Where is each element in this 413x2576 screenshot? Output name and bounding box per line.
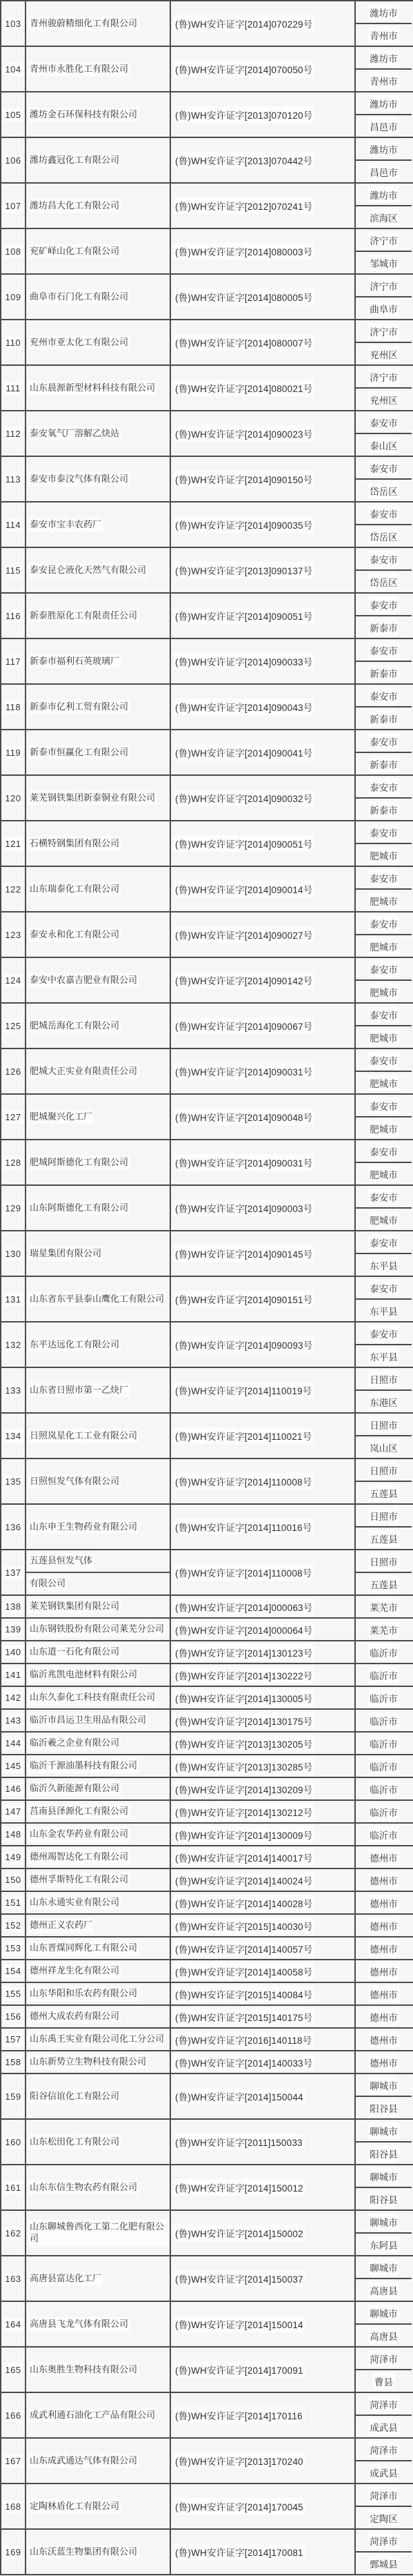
row-number-cell: 148 (1, 1824, 26, 1845)
city-county-cell: 岱岳区 (356, 480, 412, 501)
license-number: (鲁)WH安许证字[2014]090033号 (174, 654, 313, 669)
row-number: 153 (4, 1942, 21, 1954)
company-name: 临沂兆凯电池材料有限公司 (29, 1668, 138, 1681)
company-name-cell: 莱芜钢铁集团新泰铜业有限公司 (26, 776, 171, 820)
row-number: 109 (4, 291, 21, 303)
table-row: 138莱芜钢铁集团有限公司(鲁)WH安许证字[2014]000063号莱芜市 (1, 1596, 413, 1619)
row-number-cell: 149 (1, 1846, 26, 1868)
city-prefecture: 临沂市 (369, 1645, 399, 1660)
company-name: 泰安昆仑液化天然气有限公司 (29, 564, 147, 577)
city-county-cell: 东港区 (356, 1391, 412, 1412)
row-number-cell: 129 (1, 1186, 26, 1230)
city-prefecture: 菏泽市 (369, 2351, 399, 2366)
row-number: 130 (4, 1248, 21, 1260)
license-number: (鲁)WH安许证字[2014]150044 (174, 2089, 304, 2104)
city-prefecture-cell: 临沂市 (356, 1664, 412, 1686)
city-cell: 临沂市 (356, 1687, 412, 1708)
company-name-cell: 新泰胜原化工有限责任公司 (26, 594, 171, 638)
city-cell: 泰安市肥城市 (356, 1140, 412, 1184)
license-number-cell: (鲁)WH安许证字[2015]140084号 (171, 1983, 356, 2004)
license-number-cell: (鲁)WH安许证字[2014]090032号 (171, 776, 356, 820)
city-cell: 莱芜市 (356, 1619, 412, 1640)
table-row: 103青州骏蔚精细化工有限公司(鲁)WH安许证字[2014]070229号潍坊市… (1, 1, 413, 47)
row-number-cell: 160 (1, 2120, 26, 2164)
city-cell: 日照市东港区 (356, 1368, 412, 1412)
license-number: (鲁)WH安许证字[2014]140057号 (174, 1941, 313, 1956)
row-number: 106 (4, 155, 21, 166)
row-number: 159 (4, 2091, 21, 2102)
city-cell: 泰安市肥城市 (356, 1004, 412, 1048)
row-number-cell: 144 (1, 1733, 26, 1754)
company-name-cell: 山东省东平县泰山鹰化工有限公司 (26, 1277, 171, 1321)
license-number: (鲁)WH安许证字[2014]170045 (174, 2499, 304, 2514)
city-prefecture: 泰安市 (369, 597, 399, 612)
city-prefecture-cell: 济宁市 (356, 275, 412, 297)
company-name-cell: 兖州市亚太化工有限公司 (26, 320, 171, 364)
row-number-cell: 153 (1, 1938, 26, 1959)
table-row: 113泰安市泰汶气体有限公司(鲁)WH安许证字[2014]090150号泰安市岱… (1, 457, 413, 502)
company-name-cell: 德州竭智达化工有限公司 (26, 1846, 171, 1868)
city-prefecture: 泰安市 (369, 1053, 399, 1068)
city-cell: 泰安市泰山区 (356, 411, 412, 456)
city-prefecture: 日照市 (369, 1554, 399, 1569)
city-county-cell: 肥城市 (356, 1118, 412, 1139)
city-county: 五莲县 (369, 1531, 399, 1546)
city-prefecture-cell: 泰安市 (356, 502, 412, 525)
company-name-cell: 山东道一石化有限公司 (26, 1641, 171, 1663)
city-prefecture-cell: 济宁市 (356, 320, 412, 343)
license-number-cell: (鲁)WH安许证字[2016]140118号 (171, 2029, 356, 2050)
license-number: (鲁)WH安许证字[2015]140030号 (174, 1918, 313, 1933)
license-number-cell: (鲁)WH安许证字[2014]080021号 (171, 366, 356, 410)
city-prefecture-cell: 聊城市 (356, 2211, 412, 2234)
city-prefecture: 潍坊市 (369, 96, 399, 111)
row-number: 131 (4, 1294, 21, 1305)
city-county-cell: 高唐县 (356, 2279, 412, 2301)
license-number: (鲁)WH安许证字[2013]090137号 (174, 563, 313, 578)
company-name-cell: 山东成武通达气体有限公司 (26, 2439, 171, 2483)
license-number: (鲁)WH安许证字[2014]130212号 (174, 1804, 313, 1819)
table-row: 109曲阜市石门化工有限公司(鲁)WH安许证字[2014]080005号济宁市曲… (1, 275, 413, 320)
city-prefecture: 聊城市 (369, 2214, 399, 2229)
city-cell: 菏泽市鄄城县 (356, 2530, 412, 2574)
city-county-cell: 肥城市 (356, 981, 412, 1002)
city-county-cell: 岱岳区 (356, 525, 412, 547)
city-county: 昌邑市 (369, 119, 399, 134)
license-number-cell: (鲁)WH安许证字[2014]090048号 (171, 1095, 356, 1139)
city-prefecture: 莱芜市 (369, 1622, 399, 1637)
company-name-cell: 德州大成农药有限公司 (26, 2006, 171, 2027)
license-number-cell: (鲁)WH安许证字[2012]070241号 (171, 184, 356, 228)
license-number: (鲁)WH安许证字[2014]070050号 (174, 61, 313, 77)
city-county-cell: 肥城市 (356, 1072, 412, 1093)
row-number: 165 (4, 2364, 21, 2376)
row-number: 108 (4, 246, 21, 257)
company-name: 新泰胜原化工有限责任公司 (29, 609, 138, 623)
city-county-cell: 肥城市 (356, 890, 412, 911)
company-name: 潍坊昌大化工有限公司 (29, 199, 120, 213)
company-name-cell: 山东晋煤同辉化工有限公司 (26, 1938, 171, 1959)
table-row: 133山东省日照市第一乙炔厂(鲁)WH安许证字[2014]110019号日照市东… (1, 1368, 413, 1414)
city-prefecture: 日照市 (369, 1508, 399, 1523)
row-number: 168 (4, 2501, 21, 2512)
city-prefecture: 泰安市 (369, 825, 399, 840)
city-county: 肥城市 (369, 1075, 399, 1091)
city-cell: 菏泽市成武县 (356, 2439, 412, 2483)
row-number: 119 (5, 747, 21, 759)
city-cell: 潍坊市青州市 (356, 47, 412, 91)
city-prefecture-cell: 泰安市 (356, 1095, 412, 1118)
city-county: 肥城市 (369, 848, 399, 863)
city-prefecture: 泰安市 (369, 1007, 399, 1022)
city-county-cell: 兖州区 (356, 389, 412, 410)
city-county: 成武县 (369, 2419, 399, 2434)
table-row: 149德州竭智达化工有限公司(鲁)WH安许证字[2014]140017号德州市 (1, 1846, 413, 1869)
row-number-cell: 167 (1, 2439, 26, 2483)
company-name-line: 有限公司 (26, 1573, 170, 1594)
license-number-cell: (鲁)WH安许证字[2014]130212号 (171, 1801, 356, 1822)
license-number: (鲁)WH安许证字[2014]070229号 (174, 16, 313, 31)
company-name-cell: 新泰市福利石英玻璃厂 (26, 639, 171, 683)
company-name-cell: 高唐县飞龙气体有限公司 (26, 2302, 171, 2346)
row-number-cell: 108 (1, 229, 26, 273)
city-prefecture: 聊城市 (369, 2078, 399, 2093)
row-number: 166 (4, 2410, 21, 2421)
row-number: 144 (4, 1737, 21, 1749)
city-prefecture-cell: 德州市 (356, 2006, 412, 2027)
city-county-cell: 岱岳区 (356, 571, 412, 592)
city-prefecture: 聊城市 (369, 2123, 399, 2138)
city-prefecture-cell: 泰安市 (356, 730, 412, 753)
table-row: 145临沂千源油墨科技有限公司(鲁)WH安许证字[2013]130285号临沂市 (1, 1755, 413, 1778)
city-county: 东港区 (369, 1394, 399, 1409)
city-cell: 菏泽市成武县 (356, 2393, 412, 2437)
company-name-cell: 山东阿斯德化工有限公司 (26, 1186, 171, 1230)
company-name: 山东金农华药业有限公司 (29, 1828, 129, 1841)
company-name: 德州孚斯特化工有限公司 (29, 1873, 129, 1886)
company-name: 山东松田化工有限公司 (29, 2136, 120, 2149)
license-number-cell: (鲁)WH安许证字[2013]090137号 (171, 548, 356, 592)
city-prefecture: 临沂市 (369, 1668, 399, 1683)
row-number-cell: 168 (1, 2484, 26, 2528)
city-county-cell: 兖州区 (356, 343, 412, 364)
table-row: 134日照岚星化工工业有限公司(鲁)WH安许证字[2014]110021号日照市… (1, 1414, 413, 1459)
company-name: 定陶林盾化工有限公司 (29, 2500, 120, 2513)
table-row: 160山东松田化工有限公司(鲁)WH安许证字[2011]150033聊城市阳谷县 (1, 2120, 413, 2165)
city-prefecture: 泰安市 (369, 1326, 399, 1341)
city-cell: 泰安市肥城市 (356, 1095, 412, 1139)
city-county-cell: 昌邑市 (356, 161, 412, 182)
row-number-cell: 130 (1, 1231, 26, 1276)
company-name-cell: 肥城聚兴化工厂 (26, 1095, 171, 1139)
license-number: (鲁)WH安许证字[2015]140175号 (174, 2009, 313, 2024)
license-table: 103青州骏蔚精细化工有限公司(鲁)WH安许证字[2014]070229号潍坊市… (0, 0, 413, 2575)
row-number-cell: 155 (1, 1983, 26, 2004)
table-row: 159阳谷信谊化工有限公司(鲁)WH安许证字[2014]150044聊城市阳谷县 (1, 2074, 413, 2120)
license-number-cell: (鲁)WH安许证字[2014]130005号 (171, 1687, 356, 1708)
row-number: 157 (4, 2033, 21, 2045)
license-number: (鲁)WH安许证字[2014]090145号 (174, 1246, 313, 1261)
city-county: 兖州区 (369, 347, 399, 362)
license-number: (鲁)WH安许证字[2014]090151号 (174, 1291, 313, 1307)
company-name-cell: 山东金农华药业有限公司 (26, 1824, 171, 1845)
company-name: 山东钢铁股份有限公司莱芜分公司 (29, 1623, 165, 1636)
table-row: 131山东省东平县泰山鹰化工有限公司(鲁)WH安许证字[2014]090151号… (1, 1277, 413, 1323)
row-number-cell: 142 (1, 1687, 26, 1708)
row-number: 118 (5, 701, 21, 713)
company-name-cell: 潍坊金石环保科技有限公司 (26, 92, 171, 137)
table-row: 118新泰市亿利工贸有限公司(鲁)WH安许证字[2014]090043号泰安市新… (1, 685, 413, 730)
company-name: 兖矿峄山化工有限公司 (29, 245, 120, 258)
city-prefecture-cell: 泰安市 (356, 639, 412, 662)
license-number: (鲁)WH安许证字[2014]090023号 (174, 426, 313, 441)
city-cell: 泰安市肥城市 (356, 821, 412, 866)
row-number-cell: 120 (1, 776, 26, 820)
city-prefecture-cell: 聊城市 (356, 2165, 412, 2188)
city-county-cell: 五莲县 (356, 1528, 412, 1549)
row-number-cell: 105 (1, 92, 26, 137)
row-number: 161 (4, 2182, 21, 2194)
license-number: (鲁)WH安许证字[2014]090041号 (174, 745, 313, 760)
license-number-cell: (鲁)WH安许证字[2014]140024号 (171, 1869, 356, 1891)
company-name-cell: 山东东信生物农药有限公司 (26, 2165, 171, 2209)
row-number-cell: 138 (1, 1596, 26, 1617)
company-name-cell: 曲阜市石门化工有限公司 (26, 275, 171, 319)
table-row: 132东平达远化工有限公司(鲁)WH安许证字[2014]090093号泰安市东平… (1, 1323, 413, 1368)
license-number: (鲁)WH安许证字[2014]110019号 (174, 1383, 312, 1398)
row-number-cell: 147 (1, 1801, 26, 1822)
company-name: 山东晨源新型材料科技有限公司 (29, 382, 156, 395)
license-number-cell: (鲁)WH安许证字[2014]090003号 (171, 1186, 356, 1230)
table-row: 152德州正义农药厂(鲁)WH安许证字[2015]140030号德州市 (1, 1915, 413, 1938)
city-county: 泰山区 (369, 438, 399, 453)
row-number: 114 (5, 519, 21, 531)
city-county-cell: 肥城市 (356, 844, 412, 866)
company-name: 临沂千源油墨科技有限公司 (29, 1759, 138, 1773)
license-number-cell: (鲁)WH安许证字[2014]080003号 (171, 229, 356, 273)
row-number: 163 (4, 2273, 21, 2285)
city-county-cell: 岚山区 (356, 1436, 412, 1458)
license-number: (鲁)WH安许证字[2011]150033 (174, 2134, 303, 2149)
row-number-cell: 118 (1, 685, 26, 729)
company-name-cell: 肥城岳海化工有限公司 (26, 1004, 171, 1048)
row-number: 151 (4, 1897, 21, 1909)
license-number-cell: (鲁)WH安许证字[2014]110008号 (171, 1459, 356, 1503)
license-number: (鲁)WH安许证字[2014]110021号 (174, 1428, 312, 1443)
city-prefecture-cell: 济宁市 (356, 229, 412, 252)
license-number-cell: (鲁)WH安许证字[2014]110019号 (171, 1368, 356, 1412)
company-name: 山东成武通达气体有限公司 (29, 2455, 138, 2468)
company-name: 山东瑞泰化工有限公司 (29, 883, 120, 896)
city-prefecture: 德州市 (369, 1873, 399, 1888)
table-row: 166成武利通石油化工产品有限公司(鲁)WH安许证字[2014]170116菏泽… (1, 2393, 413, 2439)
license-number: (鲁)WH安许证字[2014]130175号 (174, 1713, 313, 1728)
license-number: (鲁)WH安许证字[2014]090027号 (174, 927, 313, 942)
row-number-cell: 166 (1, 2393, 26, 2437)
table-row: 148山东金农华药业有限公司(鲁)WH安许证字[2014]130009号临沂市 (1, 1824, 413, 1846)
city-county: 岱岳区 (369, 483, 399, 498)
license-number: (鲁)WH安许证字[2014]080003号 (174, 244, 313, 259)
city-prefecture-cell: 临沂市 (356, 1710, 412, 1731)
city-county: 新泰市 (369, 711, 399, 726)
license-number-cell: (鲁)WH安许证字[2014]130209号 (171, 1778, 356, 1799)
city-prefecture-cell: 德州市 (356, 1960, 412, 1982)
table-row: 135日照恒发气体有限公司(鲁)WH安许证字[2014]110008号日照市五莲… (1, 1459, 413, 1505)
city-prefecture-cell: 日照市 (356, 1414, 412, 1436)
city-prefecture: 菏泽市 (369, 2397, 399, 2412)
row-number: 150 (4, 1874, 21, 1886)
city-prefecture: 泰安市 (369, 1144, 399, 1159)
row-number-cell: 133 (1, 1368, 26, 1412)
city-cell: 日照市岚山区 (356, 1414, 412, 1458)
city-county: 阳谷县 (369, 2100, 399, 2116)
table-row: 161山东东信生物农药有限公司(鲁)WH安许证字[2014]150012聊城市阳… (1, 2165, 413, 2211)
company-name: 泰安市宝丰农药厂 (29, 518, 102, 531)
row-number: 158 (4, 2056, 21, 2068)
company-name: 五莲县恒发气体 (29, 1554, 93, 1568)
city-prefecture-cell: 德州市 (356, 1846, 412, 1868)
city-prefecture-cell: 泰安市 (356, 1277, 412, 1300)
company-name: 莒南县泽源化工有限公司 (29, 1805, 129, 1818)
row-number: 146 (4, 1783, 21, 1795)
license-number: (鲁)WH安许证字[2012]070241号 (174, 198, 313, 213)
row-number: 126 (4, 1066, 21, 1077)
company-name: 莱芜钢铁集团新泰铜业有限公司 (29, 792, 156, 805)
table-row: 147莒南县泽源化工有限公司(鲁)WH安许证字[2014]130212号临沂市 (1, 1801, 413, 1824)
city-county: 肥城市 (369, 1167, 399, 1182)
license-number-cell: (鲁)WH安许证字[2014]090035号 (171, 502, 356, 547)
table-row: 144临沂羲之企业有限公司(鲁)WH安许证字[2013]130205号临沂市 (1, 1733, 413, 1755)
city-cell: 泰安市肥城市 (356, 1186, 412, 1230)
city-prefecture: 德州市 (369, 1895, 399, 1911)
city-prefecture-cell: 德州市 (356, 1915, 412, 1936)
company-name-cell: 高唐县富达化工厂 (26, 2256, 171, 2301)
city-cell: 泰安市新泰市 (356, 776, 412, 820)
city-county-cell: 成武县 (356, 2461, 412, 2483)
company-name-cell: 山东新势立生物科技有限公司 (26, 2051, 171, 2073)
row-number-cell: 165 (1, 2348, 26, 2392)
city-county-cell: 五莲县 (356, 1482, 412, 1503)
company-name-cell: 定陶林盾化工有限公司 (26, 2484, 171, 2528)
license-number: (鲁)WH安许证字[2013]070120号 (174, 107, 313, 122)
row-number: 136 (4, 1521, 21, 1533)
company-name: 山东申王生物药业有限公司 (29, 1521, 138, 1534)
license-number: (鲁)WH安许证字[2014]080007号 (174, 335, 313, 350)
row-number: 162 (4, 2227, 21, 2239)
license-number: (鲁)WH安许证字[2014]130009号 (174, 1827, 313, 1842)
company-name: 临沂羲之企业有限公司 (29, 1737, 120, 1750)
row-number: 147 (4, 1806, 21, 1817)
city-prefecture: 日照市 (369, 1417, 399, 1432)
company-name: 肥城阿斯德化工有限公司 (29, 1156, 129, 1169)
table-row: 156德州大成农药有限公司(鲁)WH安许证字[2015]140175号德州市 (1, 2006, 413, 2029)
city-prefecture-cell: 莱芜市 (356, 1619, 412, 1640)
license-number-cell: (鲁)WH安许证字[2014]150037 (171, 2256, 356, 2301)
company-name: 山东阿斯德化工有限公司 (29, 1202, 129, 1215)
row-number-cell: 107 (1, 184, 26, 228)
city-county: 兖州区 (369, 392, 399, 407)
row-number-cell: 112 (1, 411, 26, 456)
table-row: 163高唐县富达化工厂(鲁)WH安许证字[2014]150037聊城市高唐县 (1, 2256, 413, 2302)
row-number: 111 (5, 382, 21, 394)
company-name-cell: 山东瑞泰化工有限公司 (26, 867, 171, 911)
license-number-cell: (鲁)WH安许证字[2014]090023号 (171, 411, 356, 456)
license-number: (鲁)WH安许证字[2014]150012 (174, 2180, 304, 2195)
company-name-cell: 肥城大正实业有限责任公司 (26, 1049, 171, 1093)
city-cell: 济宁市曲阜市 (356, 275, 412, 319)
city-prefecture-cell: 潍坊市 (356, 1, 412, 24)
license-number: (鲁)WH安许证字[2014]090150号 (174, 471, 313, 487)
city-prefecture: 泰安市 (369, 734, 399, 749)
table-row: 157山东禹王实业有限公司化工分公司(鲁)WH安许证字[2016]140118号… (1, 2029, 413, 2051)
table-row: 128肥城阿斯德化工有限公司(鲁)WH安许证字[2014]090031号泰安市肥… (1, 1140, 413, 1186)
license-number-cell: (鲁)WH安许证字[2014]000064号 (171, 1619, 356, 1640)
license-number-cell: (鲁)WH安许证字[2015]140175号 (171, 2006, 356, 2027)
city-county: 高唐县 (369, 2328, 399, 2343)
company-name: 高唐县富达化工厂 (29, 2272, 102, 2285)
company-name: 青州市永胜化工有限公司 (29, 63, 129, 76)
city-prefecture: 德州市 (369, 1918, 399, 1933)
city-county-cell: 曹县 (356, 2370, 412, 2392)
company-name: 青州骏蔚精细化工有限公司 (29, 17, 138, 30)
table-row: 107潍坊昌大化工有限公司(鲁)WH安许证字[2012]070241号潍坊市滨海… (1, 184, 413, 229)
table-row: 126肥城大正实业有限责任公司(鲁)WH安许证字[2014]090031号泰安市… (1, 1049, 413, 1095)
city-county: 东阿县 (369, 2237, 399, 2252)
license-number-cell: (鲁)WH安许证字[2015]140030号 (171, 1915, 356, 1936)
city-prefecture: 泰安市 (369, 552, 399, 567)
company-name-cell: 瑞星集团有限公司 (26, 1231, 171, 1276)
company-name: 肥城大正实业有限责任公司 (29, 1065, 138, 1078)
city-prefecture: 泰安市 (369, 1098, 399, 1113)
city-county-cell: 肥城市 (356, 935, 412, 957)
license-number: (鲁)WH安许证字[2014]090031号 (174, 1064, 313, 1079)
city-prefecture-cell: 济宁市 (356, 366, 412, 389)
company-name-cell: 泰安市泰汶气体有限公司 (26, 457, 171, 501)
table-row: 150德州孚斯特化工有限公司(鲁)WH安许证字[2014]140024号德州市 (1, 1869, 413, 1892)
license-number-cell: (鲁)WH安许证字[2014]130222号 (171, 1664, 356, 1686)
city-cell: 临沂市 (356, 1824, 412, 1845)
city-prefecture: 莱芜市 (369, 1599, 399, 1614)
city-prefecture-cell: 菏泽市 (356, 2393, 412, 2416)
city-prefecture: 聊城市 (369, 2169, 399, 2184)
license-number: (鲁)WH安许证字[2014]150037 (174, 2271, 304, 2286)
city-county-cell: 新泰市 (356, 753, 412, 774)
company-name-cell: 山东华阳和乐农药有限公司 (26, 1983, 171, 2004)
city-prefecture-cell: 泰安市 (356, 457, 412, 480)
row-number-cell: 103 (1, 1, 26, 46)
city-county-cell: 成武县 (356, 2416, 412, 2437)
city-prefecture: 济宁市 (369, 278, 399, 293)
company-name-cell: 山东申王生物药业有限公司 (26, 1505, 171, 1549)
table-row: 136山东申王生物药业有限公司(鲁)WH安许证字[2014]110016号日照市… (1, 1505, 413, 1550)
table-row: 105潍坊金石环保科技有限公司(鲁)WH安许证字[2013]070120号潍坊市… (1, 92, 413, 138)
company-name: 新泰市福利石英玻璃厂 (29, 655, 120, 668)
city-county: 东平县 (369, 1258, 399, 1273)
city-prefecture-cell: 泰安市 (356, 594, 412, 616)
city-cell: 日照市五莲县 (356, 1459, 412, 1503)
row-number-cell: 114 (1, 502, 26, 547)
city-prefecture: 日照市 (369, 1463, 399, 1478)
row-number-cell: 139 (1, 1619, 26, 1640)
company-name: 山东东信生物农药有限公司 (29, 2181, 138, 2194)
license-number-cell: (鲁)WH安许证字[2014]170081 (171, 2530, 356, 2574)
company-name: 德州祥龙生化有限公司 (29, 1964, 120, 1978)
row-number: 142 (4, 1692, 21, 1704)
city-prefecture: 临沂市 (369, 1690, 399, 1706)
city-cell: 德州市 (356, 1915, 412, 1936)
city-cell: 泰安市岱岳区 (356, 457, 412, 501)
city-prefecture-cell: 聊城市 (356, 2256, 412, 2279)
